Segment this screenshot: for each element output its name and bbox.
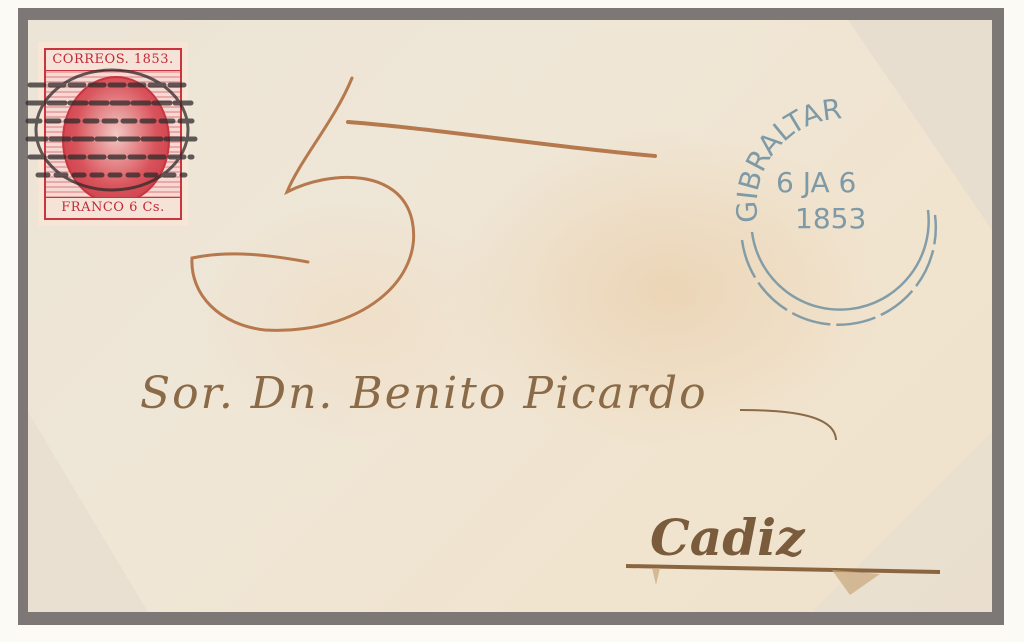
stamp-bottom-text: FRANCO 6 Cs.: [46, 197, 180, 218]
postage-stamp: CORREOS. 1853. FRANCO 6 Cs.: [38, 42, 188, 226]
queen-portrait-icon: [62, 76, 170, 204]
fold-corner-bottom-left: [28, 412, 148, 612]
fold-corner-bottom-right: [812, 432, 992, 612]
fold-corner-top-right: [812, 20, 992, 230]
stamp-top-text: CORREOS. 1853.: [46, 50, 180, 71]
